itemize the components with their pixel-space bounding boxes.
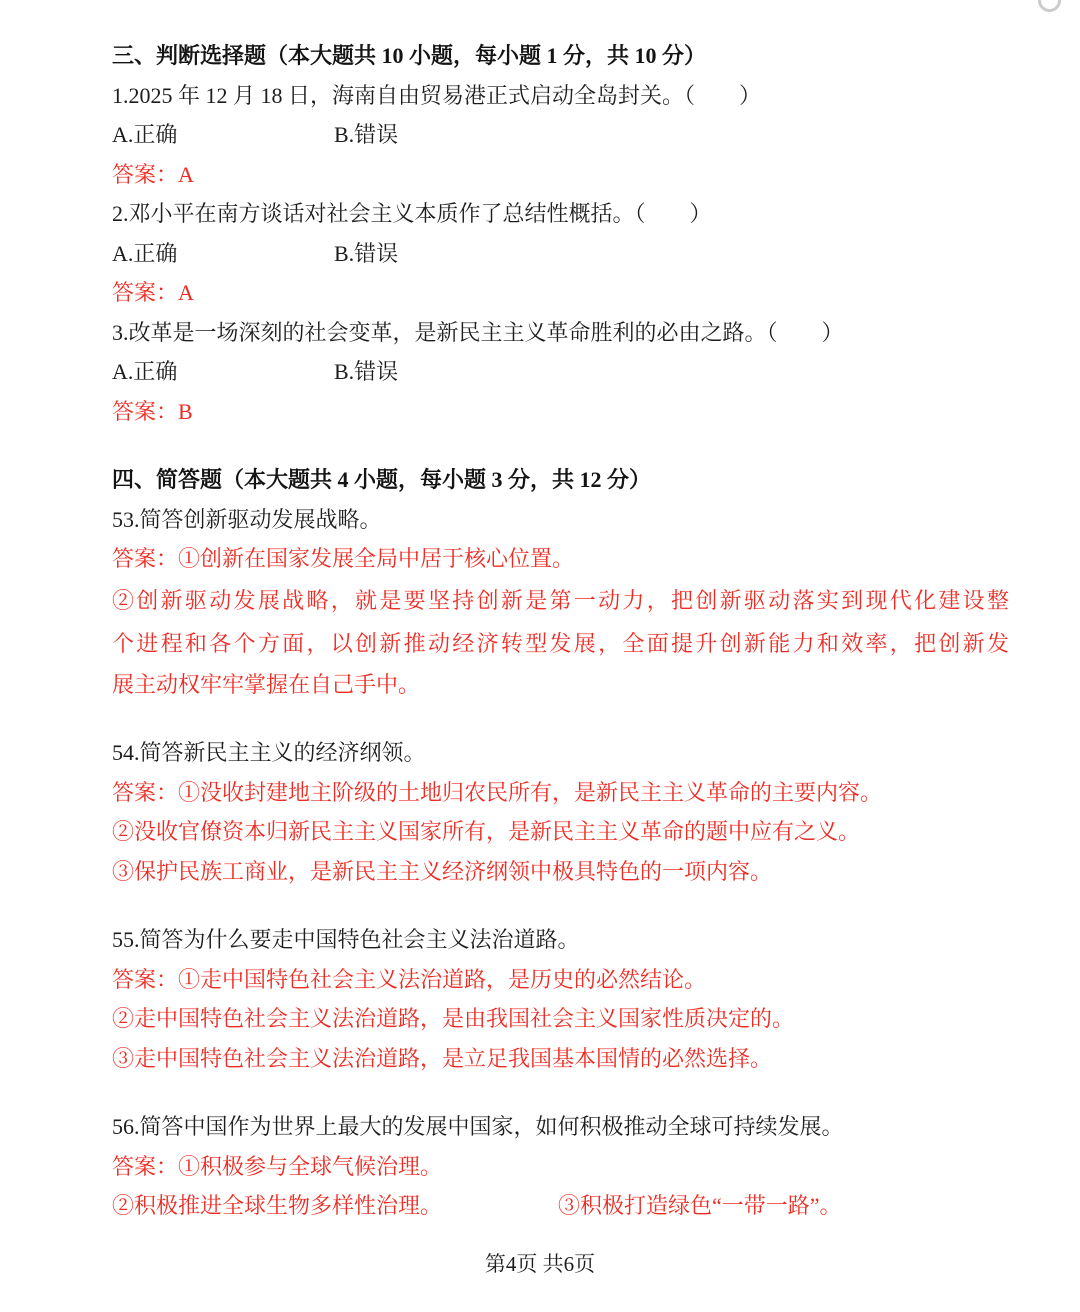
watermark-circle-icon: [1038, 0, 1061, 12]
answer-row: ②积极推进全球生物多样性治理。③积极打造绿色“一带一路”。: [112, 1186, 1009, 1226]
answer-text: 答案：A: [112, 155, 1009, 195]
answer-text: 个进程和各个方面，以创新推动经济转型发展，全面提升创新能力和效率，把创新发: [112, 622, 1009, 665]
question-text: 2.邓小平在南方谈话对社会主义本质作了总结性概括。（ ）: [112, 194, 1009, 234]
answer-text: ②没收官僚资本归新民主主义国家所有，是新民主主义革命的题中应有之义。: [112, 812, 1009, 852]
answer-text: ③保护民族工商业，是新民主主义经济纲领中极具特色的一项内容。: [112, 852, 1009, 892]
question-text: 3.改革是一场深刻的社会变革，是新民主主义革命胜利的必由之路。（ ）: [112, 313, 1009, 353]
page-number: 第4页 共6页: [0, 1244, 1080, 1284]
section-heading: 四、简答题（本大题共 4 小题，每小题 3 分，共 12 分）: [112, 460, 1009, 500]
question-text: 54.简答新民主主义的经济纲领。: [112, 733, 1009, 773]
option-a: A.正确: [112, 234, 334, 274]
question-text: 53.简答创新驱动发展战略。: [112, 500, 1009, 540]
options-row: A.正确B.错误: [112, 234, 1009, 274]
section-heading: 三、判断选择题（本大题共 10 小题，每小题 1 分，共 10 分）: [112, 36, 1009, 76]
option-a: A.正确: [112, 352, 334, 392]
answer-text: 答案：A: [112, 273, 1009, 313]
option-b: B.错误: [334, 359, 398, 384]
answer-text: 展主动权牢牢掌握在自己手中。: [112, 665, 1009, 705]
options-row: A.正确B.错误: [112, 115, 1009, 155]
option-b: B.错误: [334, 241, 398, 266]
options-row: A.正确B.错误: [112, 352, 1009, 392]
option-b: B.错误: [334, 122, 398, 147]
answer-part-2: ③积极打造绿色“一带一路”。: [558, 1193, 842, 1218]
answer-part-1: ②积极推进全球生物多样性治理。: [112, 1186, 558, 1226]
answer-text: 答案：①积极参与全球气候治理。: [112, 1147, 1009, 1187]
answer-text: 答案：①没收封建地主阶级的土地归农民所有，是新民主主义革命的主要内容。: [112, 773, 1009, 813]
question-text: 1.2025 年 12 月 18 日，海南自由贸易港正式启动全岛封关。（ ）: [112, 76, 1009, 116]
option-a: A.正确: [112, 115, 334, 155]
question-text: 56.简答中国作为世界上最大的发展中国家，如何积极推动全球可持续发展。: [112, 1107, 1009, 1147]
answer-text: ②走中国特色社会主义法治道路，是由我国社会主义国家性质决定的。: [112, 999, 1009, 1039]
question-text: 55.简答为什么要走中国特色社会主义法治道路。: [112, 920, 1009, 960]
answer-text: ②创新驱动发展战略，就是要坚持创新是第一动力，把创新驱动落实到现代化建设整: [112, 579, 1009, 622]
exam-page-content: 三、判断选择题（本大题共 10 小题，每小题 1 分，共 10 分）1.2025…: [112, 36, 1009, 1226]
answer-text: 答案：①创新在国家发展全局中居于核心位置。: [112, 539, 1009, 579]
answer-text: 答案：B: [112, 392, 1009, 432]
answer-text: 答案：①走中国特色社会主义法治道路，是历史的必然结论。: [112, 960, 1009, 1000]
answer-text: ③走中国特色社会主义法治道路，是立足我国基本国情的必然选择。: [112, 1039, 1009, 1079]
